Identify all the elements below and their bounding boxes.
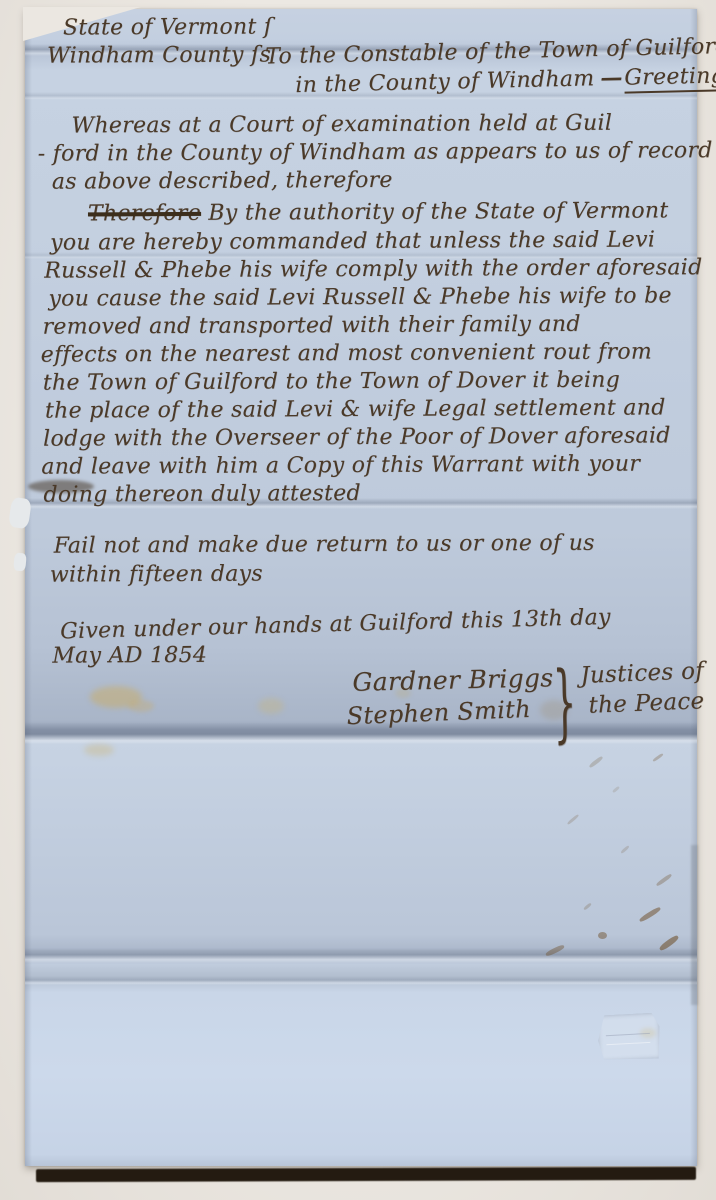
justices-title-line1: Justices of bbox=[580, 658, 705, 691]
manuscript-line: and leave with him a Copy of this Warran… bbox=[41, 452, 640, 482]
manuscript-line: within fifteen days bbox=[50, 561, 263, 589]
manuscript-line: Whereas at a Court of examination held a… bbox=[71, 111, 612, 140]
justices-title-line2: the Peace bbox=[588, 688, 705, 720]
struck-word: Therefore bbox=[88, 201, 201, 227]
manuscript-text: State of Vermont ſ Windham County ſs To … bbox=[0, 0, 716, 1200]
signature-brace: } bbox=[552, 655, 577, 753]
header-state-line: State of Vermont ſ bbox=[63, 14, 272, 41]
manuscript-line: - ford in the County of Windham as appea… bbox=[38, 138, 713, 168]
header-county-line: Windham County ſs bbox=[47, 42, 271, 70]
flourish-dash: — bbox=[600, 65, 621, 91]
greeting-word: Greeting bbox=[624, 63, 716, 93]
scan-background: State of Vermont ſ Windham County ſs To … bbox=[0, 0, 716, 1200]
manuscript-line: you are hereby commanded that unless the… bbox=[50, 227, 655, 257]
manuscript-line: Fail not and make due return to us or on… bbox=[54, 531, 595, 560]
manuscript-line-struck: Therefore By the authority of the State … bbox=[88, 198, 669, 227]
manuscript-line: you cause the said Levi Russell & Phebe … bbox=[48, 283, 671, 313]
manuscript-line: doing thereon duly attested bbox=[43, 481, 361, 509]
signature-gardner-briggs: Gardner Briggs bbox=[352, 663, 554, 698]
manuscript-line: removed and transported with their famil… bbox=[43, 312, 581, 341]
manuscript-line: Russell & Phebe his wife comply with the… bbox=[44, 255, 702, 285]
manuscript-line: May AD 1854 bbox=[52, 643, 207, 670]
manuscript-line: the place of the said Levi & wife Legal … bbox=[45, 395, 666, 425]
manuscript-line: Given under our hands at Guilford this 1… bbox=[60, 605, 611, 646]
signature-stephen-smith: Stephen Smith bbox=[346, 695, 531, 731]
opening-rest: By the authority of the State of Vermont bbox=[208, 198, 668, 225]
manuscript-line: as above described, therefore bbox=[52, 168, 393, 196]
manuscript-line: the Town of Guilford to the Town of Dove… bbox=[43, 368, 620, 397]
manuscript-line: effects on the nearest and most convenie… bbox=[41, 339, 652, 369]
manuscript-line: lodge with the Overseer of the Poor of D… bbox=[43, 423, 671, 453]
address-line2-text: in the County of Windham bbox=[295, 66, 595, 98]
